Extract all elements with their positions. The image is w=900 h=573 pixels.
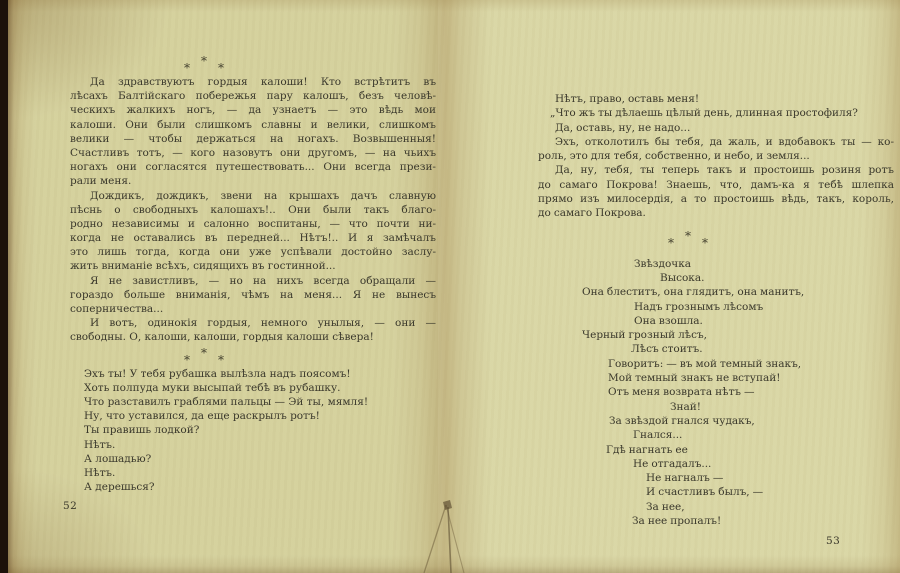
text-line: роль, это для тебя, собственно, и небо, … xyxy=(538,149,894,163)
text-line: Звѣздочка xyxy=(538,257,894,271)
text-line: Отъ меня возврата нѣтъ — xyxy=(538,385,894,399)
text-line: А лошадью? xyxy=(70,452,436,466)
text-line: Гдѣ нагнать ее xyxy=(538,443,894,457)
text-line: Дождикъ, дождикъ, звени на крышахъ дачъ … xyxy=(70,189,436,203)
text-line: „Что жъ ты дѣлаешь цѣлый день, длинная п… xyxy=(538,106,894,120)
text-line: За нее, xyxy=(538,500,894,514)
text-line: Говоритъ: — въ мой темный знакъ, xyxy=(538,357,894,371)
asterisk-glyph: * xyxy=(218,63,224,73)
asterism-separator: *** xyxy=(182,56,226,75)
text-line: калоши. Они были слишкомъ славны и велик… xyxy=(70,118,436,132)
text-line: родно независимы и салонно воспитаны, — … xyxy=(70,217,436,231)
text-line: Хоть полпуда муки высыпай тебѣ въ рубашк… xyxy=(70,381,436,395)
text-line: Мой темный знакъ не вступай! xyxy=(538,371,894,385)
binding-thread-icon xyxy=(406,496,486,573)
asterisk-glyph: * xyxy=(218,355,224,365)
text-line: Я не завистливъ, — но на нихъ всегда обр… xyxy=(70,274,436,288)
text-line: Она взошла. xyxy=(538,314,894,328)
text-line: А дерешься? xyxy=(70,480,436,494)
text-line: велики — чтобы держаться на ногахъ. Возв… xyxy=(70,132,436,146)
text-line: Да, ну, тебя, ты теперь такъ и простоишь… xyxy=(538,163,894,177)
asterisk-glyph: * xyxy=(184,355,190,365)
asterisk-glyph: * xyxy=(184,63,190,73)
text-line: ческихъ жалкихъ ногъ, — да узнаетъ — это… xyxy=(70,103,436,117)
left-page-text: ***Да здравствуютъ гордыя калоши! Кто вс… xyxy=(70,56,436,494)
right-page-number: 53 xyxy=(826,535,840,547)
text-line: Гнался... xyxy=(538,428,894,442)
text-line: За звѣздой гнался чудакъ, xyxy=(538,414,894,428)
text-line: Эхъ, отколотилъ бы тебя, да жаль, и вдоб… xyxy=(538,135,894,149)
text-line: Да, оставь, ну, не надо... xyxy=(538,121,894,135)
text-line: Ты правишь лодкой? xyxy=(70,423,436,437)
text-line: Ну, что уставился, да еще раскрылъ ротъ! xyxy=(70,409,436,423)
text-line: Не нагналъ — xyxy=(538,471,894,485)
text-line: гораздо больше вниманія, чѣмъ на меня...… xyxy=(70,288,436,302)
text-line: И вотъ, одинокія гордыя, немного унылыя,… xyxy=(70,316,436,330)
text-line: Черный грозный лѣсъ, xyxy=(538,328,894,342)
text-line: И счастливъ былъ, — xyxy=(538,485,894,499)
text-line: до самаго Покрова. xyxy=(538,206,894,220)
asterisk-glyph: * xyxy=(201,348,207,358)
text-line: Надъ грознымъ лѣсомъ xyxy=(538,300,894,314)
book-spread: ***Да здравствуютъ гордыя калоши! Кто вс… xyxy=(8,0,900,573)
asterism-separator: *** xyxy=(182,345,226,367)
asterisk-glyph: * xyxy=(702,238,708,248)
text-line: ногахъ они согласятся путешествовать... … xyxy=(70,160,436,174)
left-page-number: 52 xyxy=(63,500,77,512)
text-line: лѣсахъ Балтійскаго побережья пару калошъ… xyxy=(70,89,436,103)
text-line: Нѣтъ. xyxy=(70,438,436,452)
text-line: Что разставилъ граблями пальцы — Эй ты, … xyxy=(70,395,436,409)
asterisk-glyph: * xyxy=(685,231,691,241)
text-line: когда не оставались въ передней... Нѣтъ!… xyxy=(70,231,436,245)
text-line: Да здравствуютъ гордыя калоши! Кто встрѣ… xyxy=(70,75,436,89)
asterism-separator: *** xyxy=(666,221,710,257)
text-line: пѣснь о свободныхъ калошахъ!.. Они были … xyxy=(70,203,436,217)
asterisk-glyph: * xyxy=(201,56,207,66)
text-line: Нѣтъ. xyxy=(70,466,436,480)
text-line: свободны. О, калоши, калоши, гордыя кало… xyxy=(70,330,436,344)
text-line: Нѣтъ, право, оставь меня! xyxy=(538,92,894,106)
text-line: это лишь тогда, когда они уже успѣвали д… xyxy=(70,245,436,259)
text-line: соперничества... xyxy=(70,302,436,316)
text-line: рали меня. xyxy=(70,174,436,188)
asterisk-glyph: * xyxy=(668,238,674,248)
text-line: до самаго Покрова! Знаешь, что, дамъ-ка … xyxy=(538,178,894,192)
text-line: Высока. xyxy=(538,271,894,285)
text-line: жить вниманіе всѣхъ, сидящихъ въ гостинн… xyxy=(70,259,436,273)
text-line: прямо изъ милосердія, а то простоишь вѣд… xyxy=(538,192,894,206)
text-line: Она блеститъ, она глядитъ, она манитъ, xyxy=(538,285,894,299)
text-line: За нее пропалъ! xyxy=(538,514,894,528)
right-page-text: Нѣтъ, право, оставь меня!„Что жъ ты дѣла… xyxy=(538,92,894,528)
text-line: Знай! xyxy=(538,400,894,414)
text-line: Счастливъ тотъ, — кого назовутъ они друг… xyxy=(70,146,436,160)
text-line: Не отгадалъ... xyxy=(538,457,894,471)
text-line: Лѣсъ стоитъ. xyxy=(538,342,894,356)
text-line: Эхъ ты! У тебя рубашка вылѣзла надъ пояс… xyxy=(70,367,436,381)
